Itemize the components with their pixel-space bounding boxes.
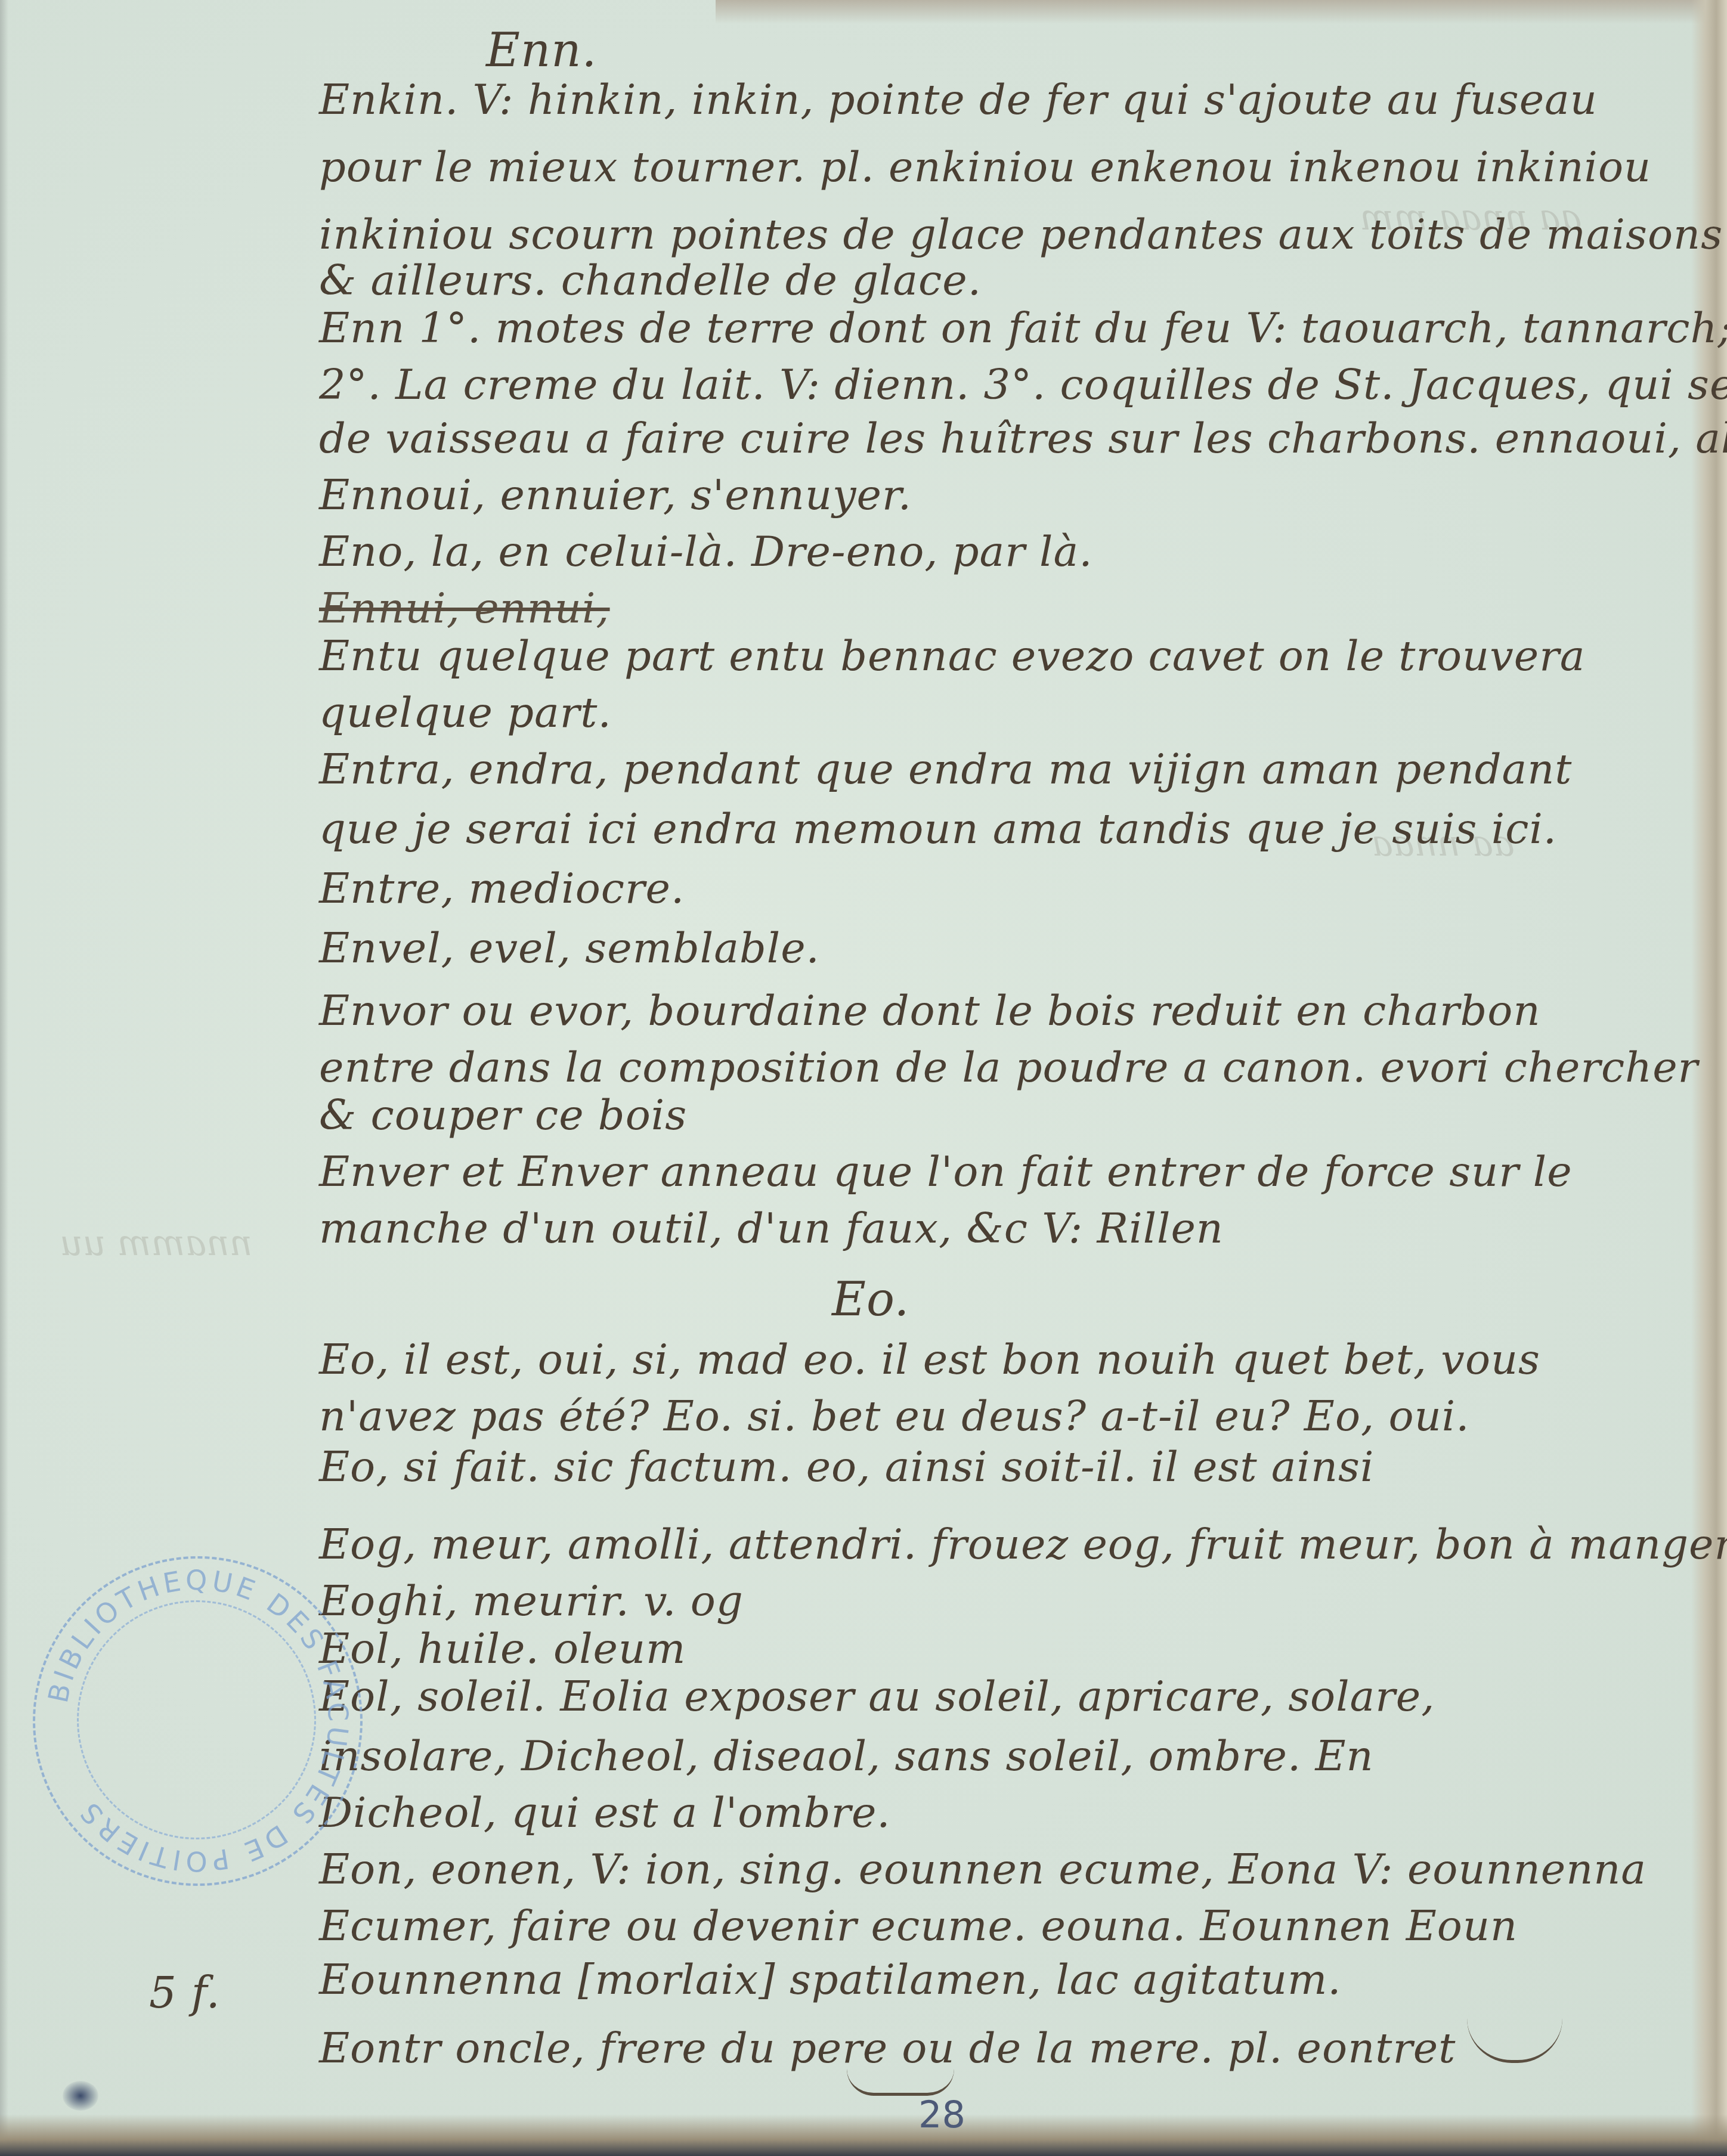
entry-line: Eno, la, en celui-là. Dre-eno, par là. [319, 525, 1092, 578]
entry-line: manche d'un outil, d'un faux, &c V: Rill… [319, 1201, 1224, 1255]
entry-line: pour le mieux tourner. pl. enkiniou enke… [319, 140, 1651, 194]
section-heading-enn: Enn. [486, 24, 597, 78]
entry-line: Eo, si fait. sic factum. eo, ainsi soit-… [319, 1440, 1374, 1494]
struck-out-entry: Ennui, ennui, [319, 581, 610, 635]
bleed-through-text: nnamm uu [60, 1222, 252, 1264]
entry-line: n'avez pas été? Eo. si. bet eu deus? a-t… [319, 1389, 1469, 1443]
entry-line: insolare, Dicheol, diseaol, sans soleil,… [319, 1729, 1374, 1783]
folio-number: 28 [918, 2093, 965, 2136]
entry-line: Eog, meur, amolli, attendri. frouez eog,… [319, 1517, 1727, 1571]
manuscript-page: aa nnaa mm aa nnaa nnamm uu Enn. Enkin. … [0, 0, 1727, 2156]
entry-line: entre dans la composition de la poudre a… [319, 1040, 1698, 1094]
entry-line: Eol, huile. oleum [319, 1622, 686, 1675]
entry-line: Enver et Enver anneau que l'on fait entr… [319, 1145, 1573, 1198]
entry-line: Eontr oncle, frere du pere ou de la mere… [319, 2021, 1456, 2075]
entry-line: Ecumer, faire ou devenir ecume. eouna. E… [319, 1899, 1518, 1953]
entry-line: Eoghi, meurir. v. og [319, 1574, 744, 1628]
entry-line: Entre, mediocre. [319, 862, 685, 915]
entry-line: Enkin. V: hinkin, inkin, pointe de fer q… [319, 73, 1598, 126]
entry-line: Entra, endra, pendant que endra ma vijig… [319, 742, 1572, 796]
entry-line: quelque part. [319, 686, 612, 739]
entry-line: Eo, il est, oui, si, mad eo. il est bon … [319, 1333, 1540, 1386]
page-top-shadow [716, 0, 1727, 24]
page-left-edge [0, 0, 8, 2156]
ink-blot [63, 2081, 98, 2111]
entry-line: Eon, eonen, V: ion, sing. eounnen ecume,… [319, 1842, 1646, 1896]
entry-line: que je serai ici endra memoun ama tandis… [319, 802, 1557, 856]
entry-line: 2°. La creme du lait. V: dienn. 3°. coqu… [319, 358, 1727, 411]
entry-line: de vaisseau a faire cuire les huîtres su… [319, 411, 1727, 465]
page-bottom-edge [0, 2114, 1727, 2156]
entry-line: Eounnenna [morlaix] spatilamen, lac agit… [319, 1953, 1342, 2006]
entry-line: Envel, evel, semblable. [319, 921, 820, 975]
library-stamp-text: BIBLIOTHEQUE DES FACULTES DE POITIERS [35, 1559, 360, 1884]
entry-line: Entu quelque part entu bennac evezo cave… [319, 629, 1585, 683]
margin-note: 5 f. [149, 1968, 221, 2018]
entry-line: Eol, soleil. Eolia exposer au soleil, ap… [319, 1669, 1435, 1723]
entry-line: & ailleurs. chandelle de glace. [319, 253, 982, 307]
library-stamp: BIBLIOTHEQUE DES FACULTES DE POITIERS [33, 1556, 363, 1886]
entry-line: Dicheol, qui est a l'ombre. [319, 1786, 891, 1839]
folio-flourish [847, 2069, 954, 2096]
entry-line: Enn 1°. motes de terre dont on fait du f… [319, 301, 1727, 355]
section-heading-eo: Eo. [832, 1273, 909, 1327]
entry-line: Envor ou evor, bourdaine dont le bois re… [319, 984, 1540, 1037]
entry-line: Ennoui, ennuier, s'ennuyer. [319, 468, 912, 522]
closing-flourish [1467, 2018, 1562, 2063]
entry-line: & couper ce bois [319, 1088, 687, 1142]
svg-text:BIBLIOTHEQUE DES FACULTES DE P: BIBLIOTHEQUE DES FACULTES DE POITIERS [42, 1564, 355, 1878]
